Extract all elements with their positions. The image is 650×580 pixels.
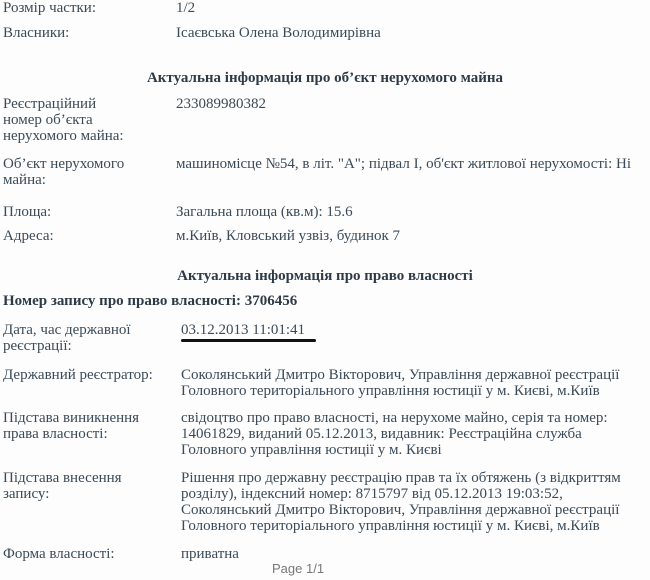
field-label: Державний реєстратор:: [3, 367, 168, 383]
field-value: Загальна площа (кв.м): 15.6: [176, 204, 646, 220]
field-label: Адреса:: [3, 228, 168, 244]
field-value: 1/2: [176, 0, 646, 16]
field-label: Підстава внесення запису:: [3, 470, 143, 502]
field-value: Соколянський Дмитро Вікторович, Управлін…: [181, 367, 631, 399]
field-label: Форма власності:: [3, 546, 168, 562]
field-value: Ісаєвська Олена Володимирівна: [176, 25, 646, 41]
field-label: Дата, час державної реєстрації:: [3, 322, 143, 354]
field-value: приватна: [181, 546, 650, 562]
field-value: свідоцтво про право власності, на нерухо…: [181, 410, 631, 458]
section-heading-object: Актуальна інформація про об’єкт нерухомо…: [0, 70, 650, 87]
section-heading-ownership: Актуальна інформація про право власності: [0, 268, 650, 285]
field-label: Об’єкт нерухомого майна:: [3, 156, 138, 188]
field-value: 03.12.2013 11:01:41: [181, 322, 650, 338]
field-value: Рішення про державну реєстрацію прав та …: [181, 470, 636, 534]
field-label: Розмір частки:: [3, 0, 168, 16]
field-label: Підстава виникнення права власності:: [3, 410, 153, 442]
page-number: Page 1/1: [272, 561, 324, 576]
field-value: машиномісце №54, в літ. "А"; підвал І, о…: [176, 156, 646, 172]
field-value: м.Київ, Кловський узвіз, будинок 7: [176, 228, 646, 244]
field-label: Площа:: [3, 204, 168, 220]
handwritten-underline: [181, 339, 316, 342]
field-label: Реєстраційний номер об’єкта нерухомого м…: [3, 96, 138, 144]
field-label: Власники:: [3, 25, 168, 41]
ownership-record-number: Номер запису про право власності: 370645…: [3, 293, 297, 310]
field-value: 233089980382: [176, 96, 646, 112]
